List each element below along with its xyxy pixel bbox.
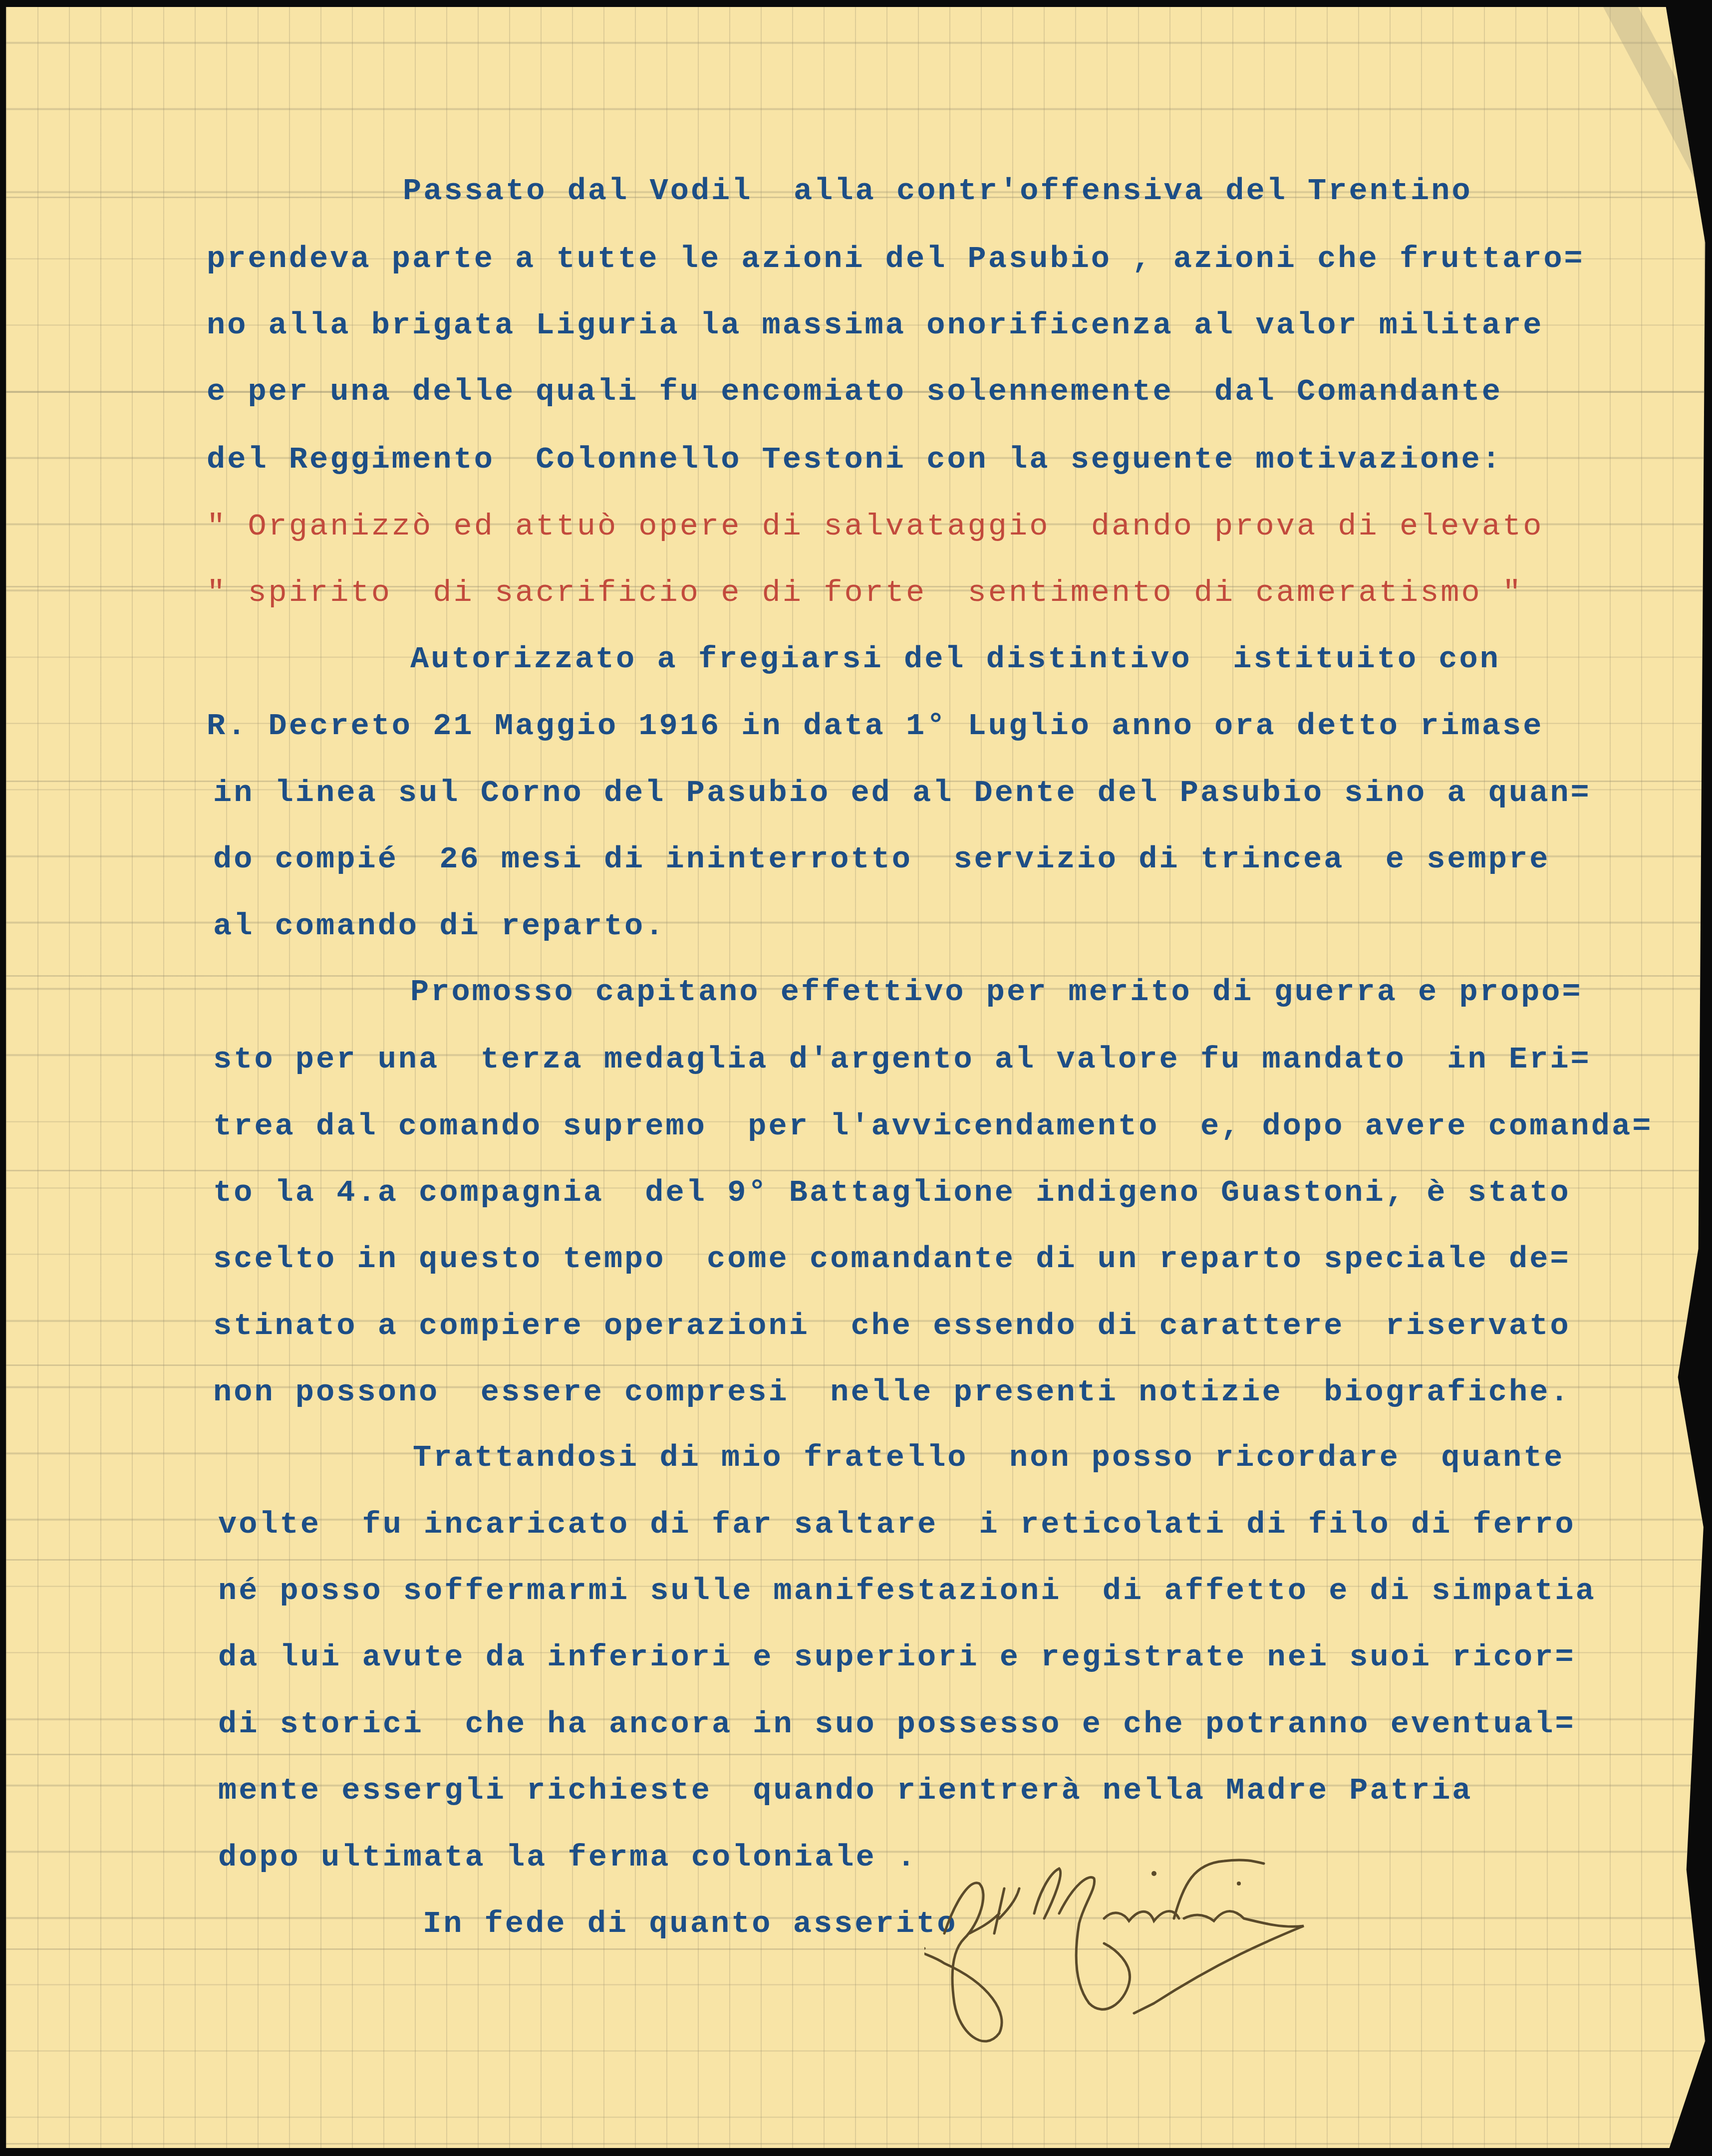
text-line: Passato dal Vodil alla contr'offensiva d…	[403, 176, 1472, 207]
text-line: Autorizzato a fregiarsi del distintivo i…	[410, 644, 1500, 675]
text-line: Trattandosi di mio fratello non posso ri…	[413, 1442, 1565, 1473]
text-line: Promosso capitano effettivo per merito d…	[410, 977, 1583, 1008]
text-line: non possono essere compresi nelle presen…	[213, 1377, 1571, 1408]
quotation-line: " spirito di sacrificio e di forte senti…	[207, 577, 1523, 608]
text-line: sto per una terza medaglia d'argento al …	[213, 1044, 1591, 1075]
text-line: mente essergli richieste quando rientrer…	[218, 1775, 1473, 1806]
text-line: do compié 26 mesi di ininterrotto serviz…	[213, 844, 1550, 875]
text-line: scelto in questo tempo come comandante d…	[213, 1244, 1571, 1275]
text-line: in linea sul Corno del Pasubio ed al Den…	[213, 778, 1591, 808]
paper-stain	[1603, 7, 1712, 217]
text-line: di storici che ha ancora in suo possesso…	[218, 1709, 1576, 1740]
text-line: volte fu incaricato di far saltare i ret…	[218, 1509, 1576, 1540]
text-line: da lui avute da inferiori e superiori e …	[218, 1642, 1576, 1673]
closing-line: In fede di quanto asserito	[423, 1908, 957, 1939]
handwritten-signature	[924, 1854, 1573, 2083]
text-line: né posso soffermarmi sulle manifestazion…	[218, 1576, 1596, 1607]
text-line: del Reggimento Colonnello Testoni con la…	[207, 444, 1502, 475]
text-line: prendeva parte a tutte le azioni del Pas…	[207, 244, 1585, 274]
text-line: to la 4.a compagnia del 9° Battaglione i…	[213, 1177, 1571, 1208]
text-line: dopo ultimata la ferma coloniale .	[218, 1842, 917, 1873]
text-line: stinato a compiere operazioni che essend…	[213, 1311, 1571, 1342]
text-line: al comando di reparto.	[213, 911, 666, 942]
document-page: Passato dal Vodil alla contr'offensiva d…	[6, 7, 1712, 2148]
text-line: R. Decreto 21 Maggio 1916 in data 1° Lug…	[207, 711, 1543, 742]
quotation-line: " Organizzò ed attuò opere di salvataggi…	[207, 511, 1543, 542]
text-line: trea dal comando supremo per l'avvicenda…	[213, 1111, 1653, 1142]
text-line: e per una delle quali fu encomiato solen…	[207, 376, 1502, 407]
text-line: no alla brigata Liguria la massima onori…	[207, 310, 1543, 341]
